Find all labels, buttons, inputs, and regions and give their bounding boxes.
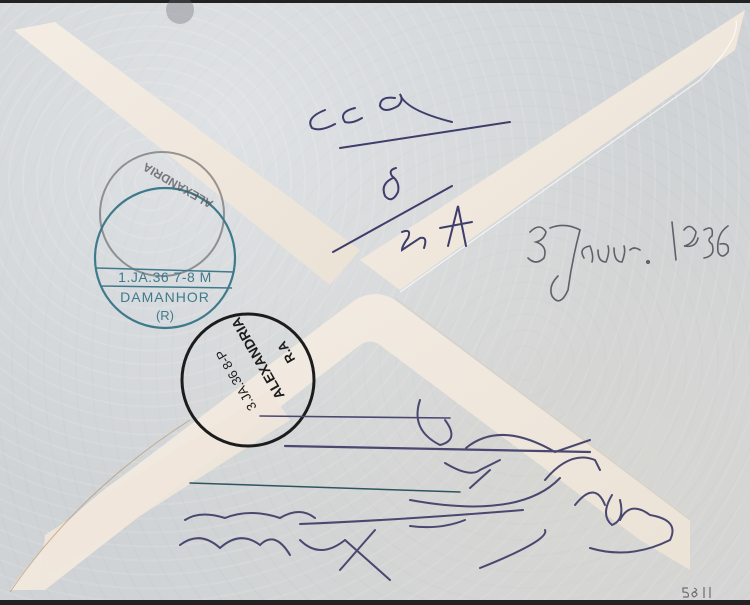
flap-band-top-left <box>14 22 360 285</box>
envelope-back-photo: 1.JA.36 7-8 M DAMANHOR (R) ALEXANDRIA AL… <box>0 0 750 605</box>
top-edge <box>0 0 750 3</box>
pencil-date-note <box>528 222 728 301</box>
bottom-edge <box>0 600 750 605</box>
flap-bands <box>10 10 745 592</box>
flap-band-top-right <box>360 10 745 290</box>
envelope-artwork <box>0 0 750 605</box>
ink-smudge <box>166 0 194 24</box>
corner-number <box>683 587 710 598</box>
